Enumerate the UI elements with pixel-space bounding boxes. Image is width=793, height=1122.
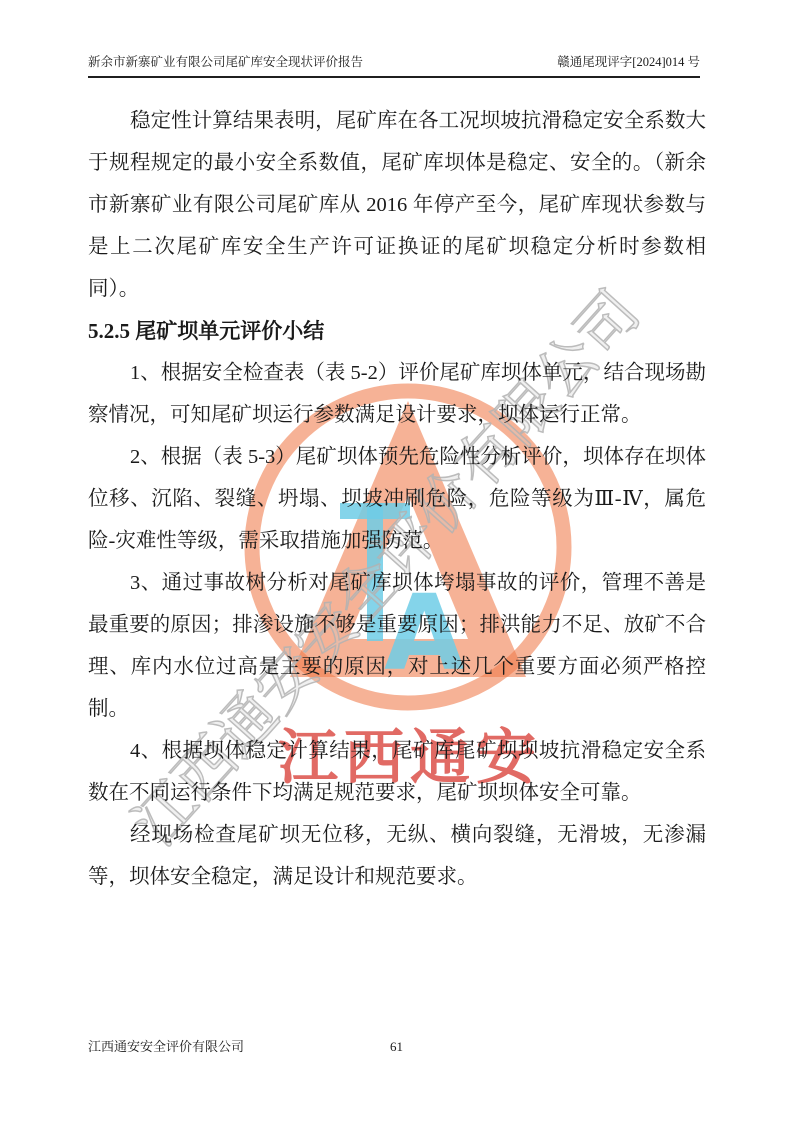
section-heading: 5.2.5 尾矿坝单元评价小结: [88, 310, 706, 352]
report-page: A 江西通安安全评价有限公司 江西通安 新余市新寨矿业有限公司尾矿库安全现状评价…: [0, 0, 793, 1122]
paragraph-item-3: 3、通过事故树分析对尾矿库坝体垮塌事故的评价，管理不善是最重要的原因；排渗设施不…: [88, 562, 706, 730]
page-header: 新余市新寨矿业有限公司尾矿库安全现状评价报告 赣通尾现评字[2024]014 号: [88, 54, 700, 78]
paragraph-item-4: 4、根据坝体稳定计算结果，尾矿库尾矿坝坝坡抗滑稳定安全系数在不同运行条件下均满足…: [88, 730, 706, 814]
paragraph-intro: 稳定性计算结果表明，尾矿库在各工况坝坡抗滑稳定安全系数大于规程规定的最小安全系数…: [88, 100, 706, 310]
document-body: 稳定性计算结果表明，尾矿库在各工况坝坡抗滑稳定安全系数大于规程规定的最小安全系数…: [88, 100, 706, 898]
header-report-title: 新余市新寨矿业有限公司尾矿库安全现状评价报告: [88, 54, 363, 70]
header-doc-number: 赣通尾现评字[2024]014 号: [557, 54, 700, 70]
paragraph-conclusion: 经现场检查尾矿坝无位移，无纵、横向裂缝，无滑坡，无渗漏等，坝体安全稳定，满足设计…: [88, 814, 706, 898]
paragraph-item-2: 2、根据（表 5-3）尾矿坝体预先危险性分析评价，坝体存在坝体位移、沉陷、裂缝、…: [88, 436, 706, 562]
footer-page-number: 61: [0, 1039, 793, 1055]
paragraph-item-1: 1、根据安全检查表（表 5-2）评价尾矿库坝体单元，结合现场勘察情况，可知尾矿坝…: [88, 352, 706, 436]
